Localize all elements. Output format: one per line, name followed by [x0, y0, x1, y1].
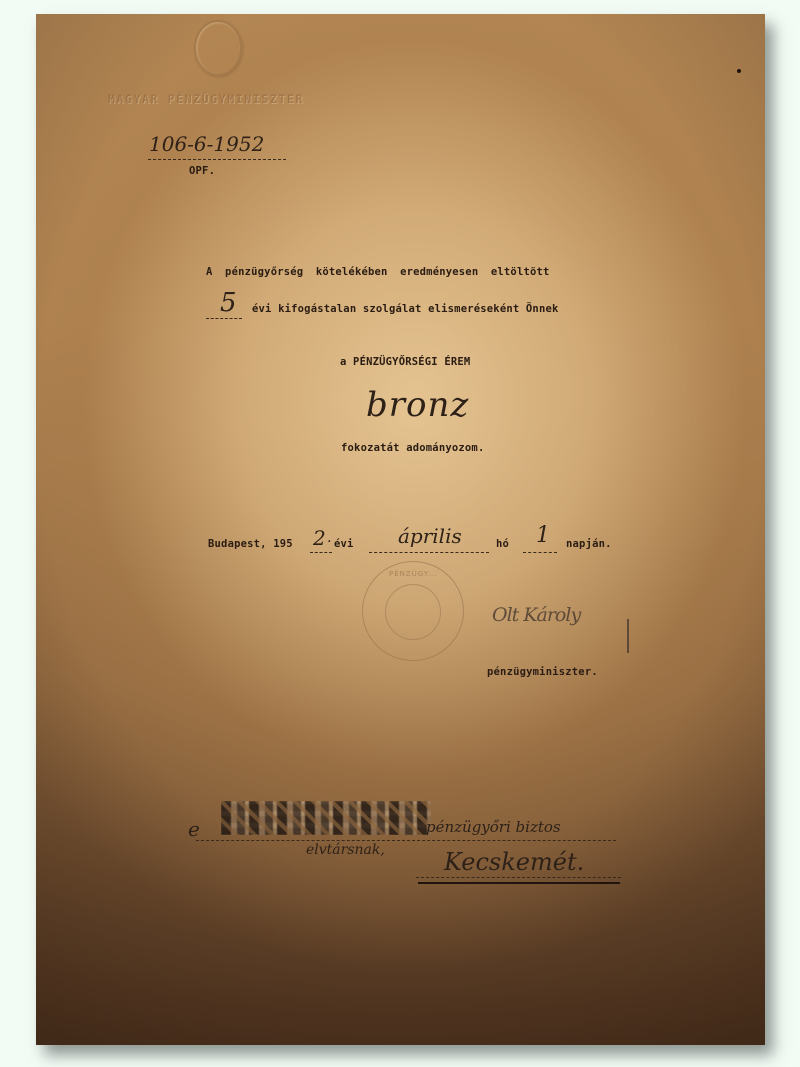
date-prefix: Budapest, 195 — [208, 538, 293, 550]
signatory-title: pénzügyminiszter. — [487, 666, 598, 678]
ink-speck — [737, 69, 741, 73]
year-underline — [310, 552, 332, 553]
coat-of-arms-emboss-icon — [194, 20, 242, 76]
years-value: 5 — [220, 288, 237, 318]
reference-code: OPF. — [189, 165, 215, 177]
date-year-suffix: . — [327, 530, 331, 546]
recipient-underline — [196, 840, 616, 841]
date-day: 1 — [536, 523, 550, 548]
evi-label: évi — [334, 538, 354, 550]
recipient-position: pénzügyőri biztos — [426, 818, 561, 836]
medal-grade: bronz — [366, 385, 469, 425]
redacted-recipient-name — [221, 801, 431, 835]
body-line-2: évi kifogástalan szolgálat elismerésekén… — [252, 303, 559, 315]
month-underline — [369, 552, 489, 553]
napjan-label: napján. — [566, 538, 612, 550]
signature-stroke — [627, 619, 629, 653]
recipient-name-initial: e — [188, 817, 200, 841]
city-underline-1 — [416, 877, 621, 878]
ho-label: hó — [496, 538, 509, 550]
recipient-city: Kecskemét. — [444, 848, 584, 876]
stamp-text: PÉNZÜGY... — [389, 570, 437, 578]
medal-title: a PÉNZÜGYŐRSÉGI ÉREM — [340, 356, 470, 368]
date-month: április — [398, 524, 462, 548]
body-line-1: A pénzügyőrség kötelékében eredményesen … — [206, 266, 550, 278]
day-underline — [523, 552, 557, 553]
document-page: MAGYAR PÉNZÜGYMINISZTER 106-6-1952 OPF. … — [36, 14, 765, 1045]
years-underline — [206, 318, 242, 319]
date-year-digit: 2 — [313, 526, 326, 550]
city-underline-2 — [418, 882, 620, 884]
recipient-salutation: elvtársnak, — [306, 842, 385, 858]
letterhead-emboss: MAGYAR PÉNZÜGYMINISZTER — [108, 92, 304, 106]
reference-number: 106-6-1952 — [149, 132, 264, 156]
minister-signature: Olt Károly — [492, 604, 580, 626]
reference-underline — [148, 159, 286, 160]
award-line: fokozatát adományozom. — [341, 442, 484, 454]
official-stamp: PÉNZÜGY... — [362, 561, 464, 661]
stamp-coat-of-arms-icon — [385, 584, 441, 640]
